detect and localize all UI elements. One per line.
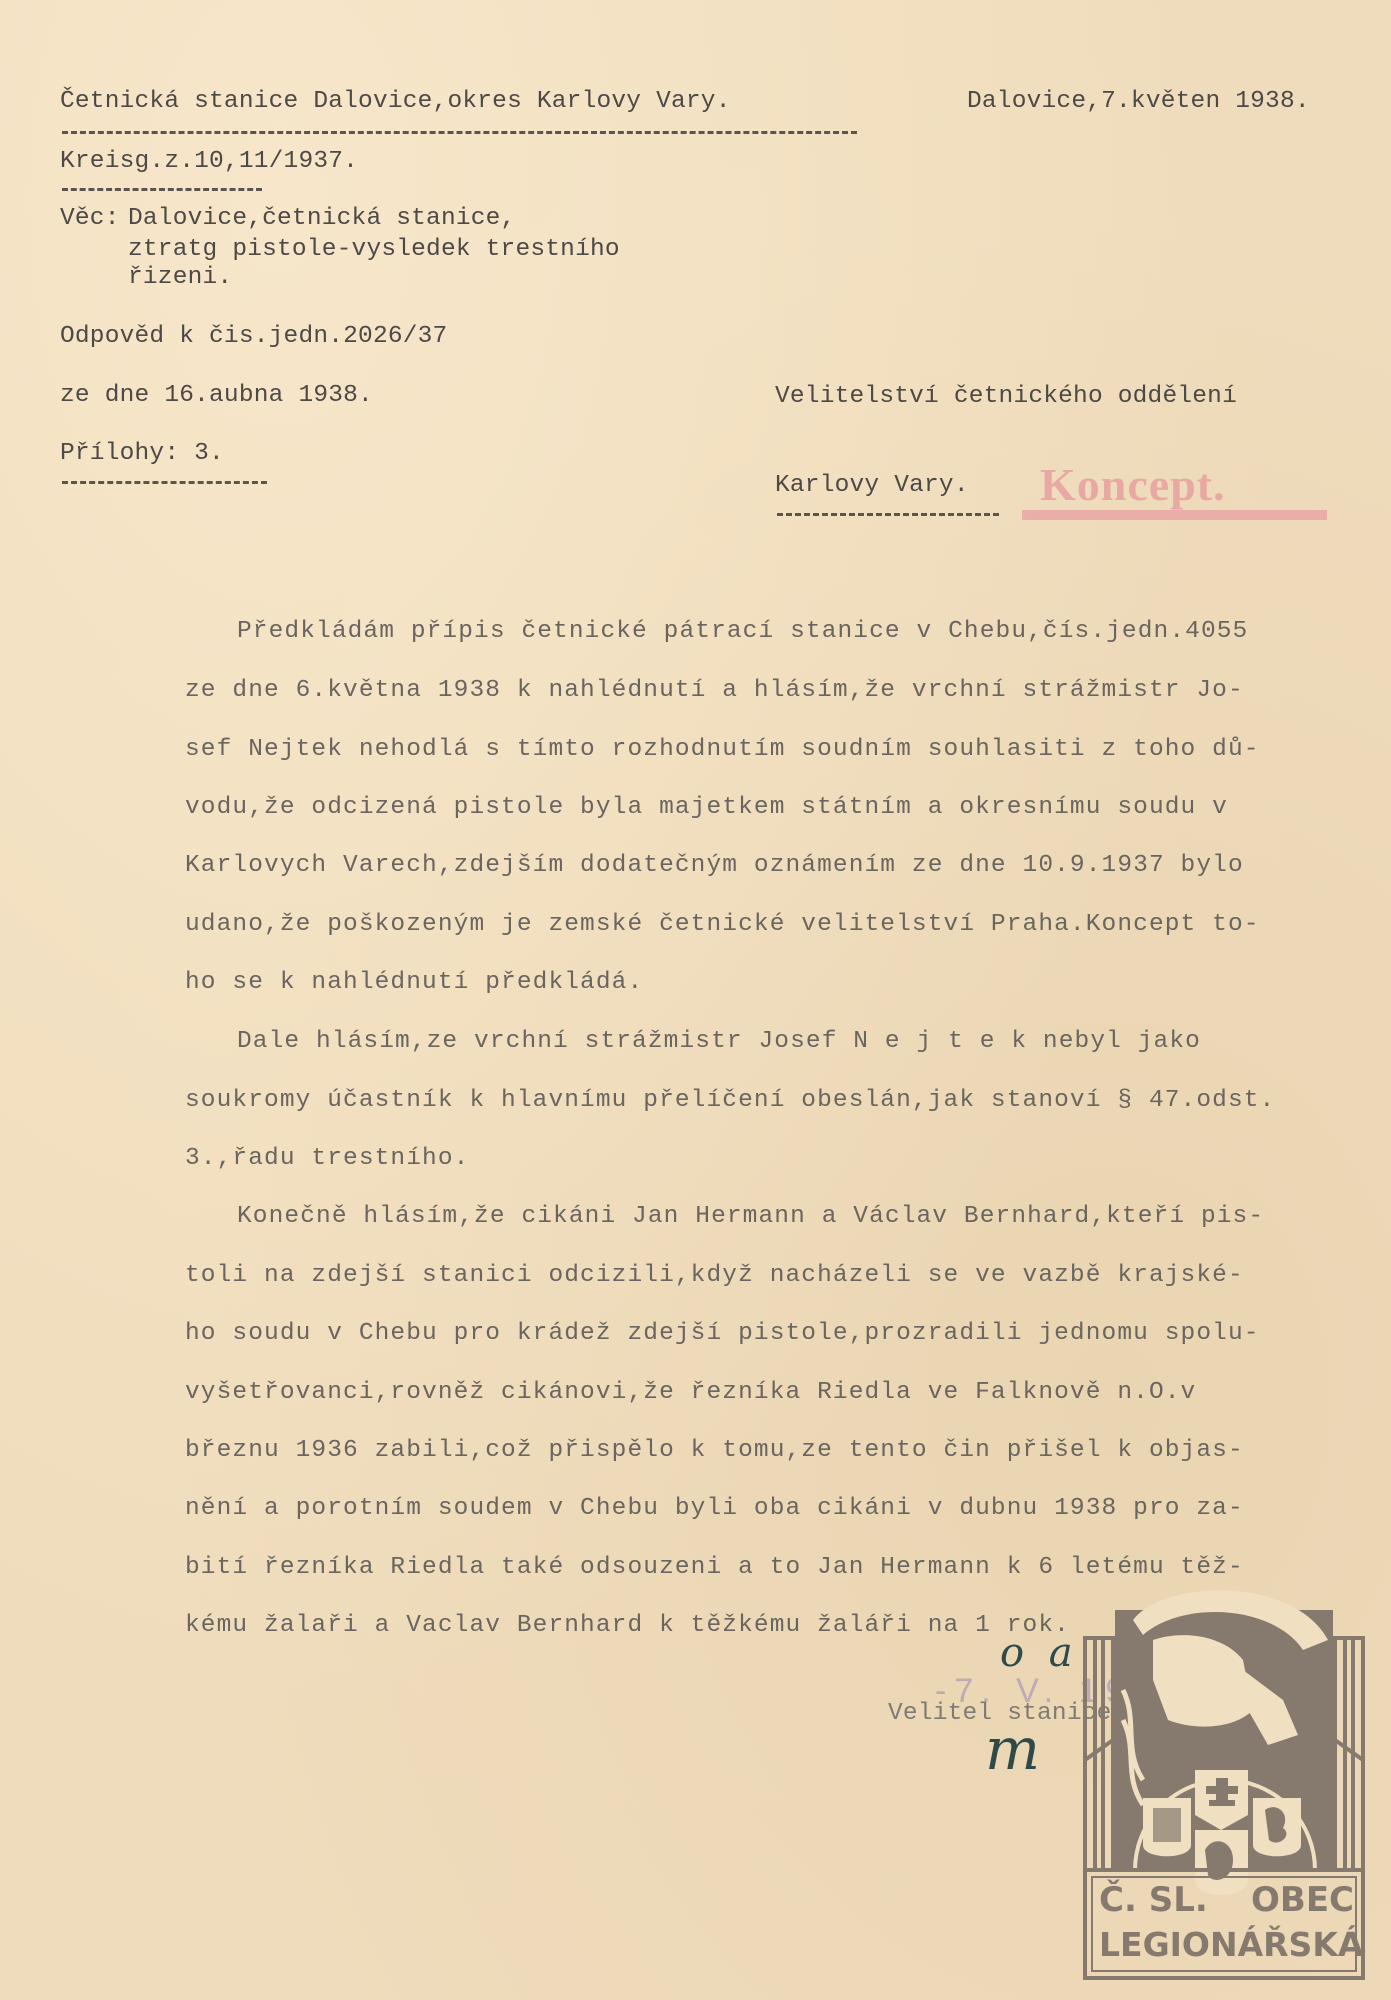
attachments: Přílohy: 3. <box>60 440 224 467</box>
recipient-line-1: Velitelství četnického oddělení <box>775 383 1237 410</box>
subject-label: Věc: <box>60 205 120 232</box>
paragraph-3-line: ho soudu v Chebu pro krádež zdejší pisto… <box>185 1320 1260 1347</box>
paragraph-3-line: Konečně hlásím,že cikáni Jan Hermann a V… <box>237 1203 1264 1230</box>
paragraph-1-line: ho se k nahlédnutí předkládá. <box>185 969 643 996</box>
paragraph-2-line: 3.,řadu trestního. <box>185 1145 469 1172</box>
koncept-stamp: Koncept. <box>1040 458 1226 511</box>
reply-reference: Odpověd k čis.jedn.2026/37 <box>60 323 447 350</box>
handwritten-signature: m <box>985 1715 1040 1783</box>
place-date: Dalovice,7.květen 1938. <box>967 88 1310 115</box>
soldier-emblem-icon <box>1083 1580 1365 1980</box>
legion-logo-text-bottom: LEGIONÁŘSKÁ <box>1099 1925 1363 1964</box>
paragraph-3-line: kému žalaři a Vaclav Bernhard k těžkému … <box>185 1612 1070 1639</box>
reply-date: ze dne 16.aubna 1938. <box>60 382 373 409</box>
legion-watermark-logo: Č. SL. OBEC LEGIONÁŘSKÁ <box>1083 1580 1365 1980</box>
paragraph-3-line: březnu 1936 zabili,což přispělo k tomu,z… <box>185 1437 1244 1464</box>
paragraph-3-line: toli na zdejší stanici odcizili,když nac… <box>185 1262 1244 1289</box>
recipient-line-2: Karlovy Vary. <box>775 472 969 499</box>
file-ref-underline <box>62 188 262 191</box>
file-reference: Kreisg.z.10,11/1937. <box>60 148 358 175</box>
paragraph-1-line: ze dne 6.května 1938 k nahlédnutí a hlás… <box>185 677 1244 704</box>
attachments-underline <box>62 481 267 484</box>
paragraph-1-line: Předkládám přípis četnické pátrací stani… <box>237 618 1248 645</box>
koncept-stamp-bar <box>1022 510 1327 520</box>
subject-line: řizeni. <box>128 264 232 291</box>
paragraph-1-line: udano,že poškozeným je zemské četnické v… <box>185 911 1260 938</box>
subject-line: ztratg pistole-vysledek trestního <box>128 236 620 263</box>
legion-logo-text-left: Č. SL. <box>1099 1880 1208 1920</box>
paragraph-2-line: soukromy účastník k hlavnímu přelíčení o… <box>185 1087 1275 1114</box>
paragraph-2-line: Dale hlásím,ze vrchní strážmistr Josef N… <box>237 1028 1201 1055</box>
paragraph-1-line: Karlovych Varech,zdejším dodatečným ozná… <box>185 852 1244 879</box>
paragraph-3-line: vyšetřovanci,rovněž cikánovi,že řezníka … <box>185 1379 1196 1406</box>
paragraph-1-line: vodu,že odcizená pistole byla majetkem s… <box>185 794 1228 821</box>
station-heading: Četnická stanice Dalovice,okres Karlovy … <box>60 88 731 115</box>
legion-logo-text-right: OBEC <box>1251 1880 1354 1920</box>
recipient-underline <box>777 513 999 516</box>
subject-line: Dalovice,četnická stanice, <box>128 205 515 232</box>
station-underline <box>62 131 857 134</box>
handwritten-initials: o a <box>1000 1630 1079 1676</box>
paragraph-3-line: nění a porotním soudem v Chebu byli oba … <box>185 1495 1244 1522</box>
paragraph-3-line: bití řezníka Riedla také odsouzeni a to … <box>185 1554 1244 1581</box>
paragraph-1-line: sef Nejtek nehodlá s tímto rozhodnutím s… <box>185 736 1260 763</box>
